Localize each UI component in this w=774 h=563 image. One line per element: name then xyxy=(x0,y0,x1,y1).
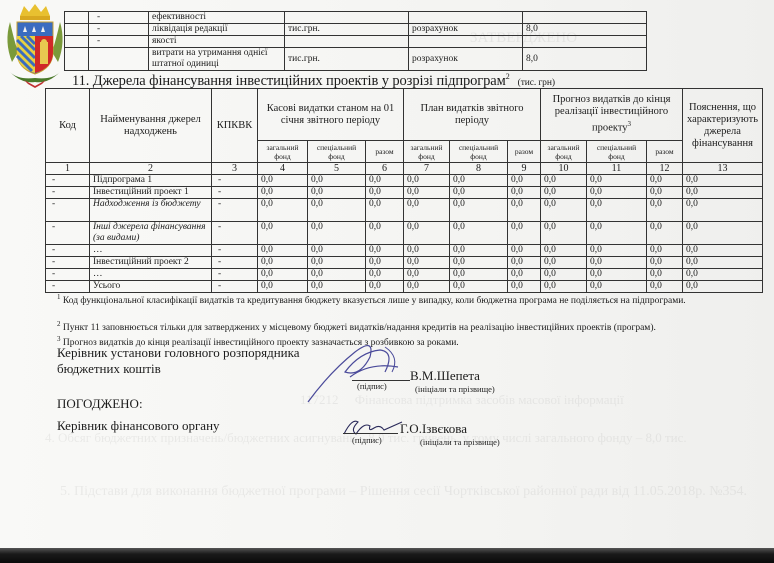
subheader-special: спеціальний фонд xyxy=(450,141,508,163)
footnote-ref: 2 xyxy=(506,72,510,81)
initials-label: (ініціали та прізвище) xyxy=(420,437,500,447)
source-cell xyxy=(409,12,523,24)
code-cell: - xyxy=(46,257,90,269)
empty-cell xyxy=(65,36,89,48)
table-row: -Інвестиційний проект 2-0,00,00,00,00,00… xyxy=(46,257,763,269)
dash-cell: - xyxy=(89,12,149,24)
column-number: 4 xyxy=(258,163,308,175)
amount-cell: 0,0 xyxy=(366,269,404,281)
amount-cell: 0,0 xyxy=(308,175,366,187)
amount-cell: 0,0 xyxy=(647,222,683,245)
section-title-text: 11. Джерела фінансування інвестиційних п… xyxy=(72,73,506,89)
amount-cell: 0,0 xyxy=(450,199,508,222)
code-cell: - xyxy=(46,222,90,245)
header-plan-expenses: План видатків звітного періоду xyxy=(404,89,541,141)
amount-cell: 0,0 xyxy=(541,187,587,199)
column-number: 6 xyxy=(366,163,404,175)
dash-cell: - xyxy=(89,36,149,48)
code-cell: - xyxy=(46,199,90,222)
amount-cell: 0,0 xyxy=(508,269,541,281)
amount-cell: 0,0 xyxy=(508,199,541,222)
footnote-1: 1 Код функціональної класифікації видатк… xyxy=(57,291,722,307)
column-number: 12 xyxy=(647,163,683,175)
empty-cell xyxy=(65,48,89,71)
column-number: 7 xyxy=(404,163,450,175)
subheader-special: спеціальний фонд xyxy=(587,141,647,163)
kpkvk-cell: - xyxy=(212,222,258,245)
header-code: Код xyxy=(46,89,90,163)
document-page: ЗАТВЕРДЖЕНО 117212 Фінансова підтримка з… xyxy=(0,0,774,563)
unit-cell xyxy=(285,36,409,48)
amount-cell: 0,0 xyxy=(450,257,508,269)
footnote-number: 1 xyxy=(57,293,61,301)
dash-cell: - xyxy=(89,24,149,36)
empty-cell xyxy=(65,24,89,36)
amount-cell: 0,0 xyxy=(683,269,763,281)
amount-cell: 0,0 xyxy=(404,245,450,257)
table-row: -Інші джерела фінансування (за видами)-0… xyxy=(46,222,763,245)
source-name-cell: Інвестиційний проект 1 xyxy=(90,187,212,199)
column-number: 10 xyxy=(541,163,587,175)
amount-cell: 0,0 xyxy=(366,187,404,199)
value-cell: 8,0 xyxy=(523,48,647,71)
amount-cell: 0,0 xyxy=(258,222,308,245)
amount-cell: 0,0 xyxy=(541,199,587,222)
amount-cell: 0,0 xyxy=(258,187,308,199)
amount-cell: 0,0 xyxy=(587,245,647,257)
signature-label: (підпис) xyxy=(352,435,382,445)
code-cell: - xyxy=(46,245,90,257)
signature-scribble-icon xyxy=(300,332,410,412)
table-row: -…-0,00,00,00,00,00,00,00,00,00,0 xyxy=(46,269,763,281)
indicator-name-cell: якості xyxy=(149,36,285,48)
kpkvk-cell: - xyxy=(212,199,258,222)
column-number: 11 xyxy=(587,163,647,175)
table-row: -ефективності xyxy=(65,12,647,24)
performance-indicators-table: -ефективності-ліквідація редакціїтис.грн… xyxy=(64,11,647,71)
amount-cell: 0,0 xyxy=(404,175,450,187)
empty-cell xyxy=(65,12,89,24)
subheader-general: загальний фонд xyxy=(541,141,587,163)
column-number: 1 xyxy=(46,163,90,175)
source-name-cell: … xyxy=(90,269,212,281)
footnote-text: Код функціональної класифікації видатків… xyxy=(63,296,686,306)
header-name: Найменування джерел надходжень xyxy=(90,89,212,163)
table-row: -Надходження із бюджету-0,00,00,00,00,00… xyxy=(46,199,763,222)
amount-cell: 0,0 xyxy=(508,187,541,199)
amount-cell: 0,0 xyxy=(258,199,308,222)
amount-cell: 0,0 xyxy=(308,187,366,199)
amount-cell: 0,0 xyxy=(308,257,366,269)
amount-cell: 0,0 xyxy=(647,175,683,187)
amount-cell: 0,0 xyxy=(647,245,683,257)
unit-cell xyxy=(285,12,409,24)
amount-cell: 0,0 xyxy=(647,199,683,222)
table-row: -Інвестиційний проект 1-0,00,00,00,00,00… xyxy=(46,187,763,199)
amount-cell: 0,0 xyxy=(647,257,683,269)
source-cell: розрахунок xyxy=(409,48,523,71)
amount-cell: 0,0 xyxy=(404,257,450,269)
amount-cell: 0,0 xyxy=(258,245,308,257)
column-number: 3 xyxy=(212,163,258,175)
signature-label: (підпис) xyxy=(357,381,387,391)
value-cell xyxy=(523,36,647,48)
dash-cell xyxy=(89,48,149,71)
table-row: -якості xyxy=(65,36,647,48)
amount-cell: 0,0 xyxy=(683,222,763,245)
amount-cell: 0,0 xyxy=(683,187,763,199)
source-cell xyxy=(409,36,523,48)
unit-label: (тис. грн) xyxy=(518,78,555,88)
amount-cell: 0,0 xyxy=(366,257,404,269)
code-cell: - xyxy=(46,175,90,187)
amount-cell: 0,0 xyxy=(450,222,508,245)
amount-cell: 0,0 xyxy=(308,269,366,281)
kpkvk-cell: - xyxy=(212,175,258,187)
amount-cell: 0,0 xyxy=(587,187,647,199)
unit-cell: тис.грн. xyxy=(285,24,409,36)
amount-cell: 0,0 xyxy=(366,245,404,257)
column-number: 2 xyxy=(90,163,212,175)
amount-cell: 0,0 xyxy=(647,269,683,281)
amount-cell: 0,0 xyxy=(508,222,541,245)
head-name: В.М.Шепета xyxy=(410,368,480,383)
indicator-name-cell: витрати на утримання однієї штатної один… xyxy=(149,48,285,71)
investment-sources-table: Код Найменування джерел надходжень КПКВК… xyxy=(45,88,763,293)
column-number: 13 xyxy=(683,163,763,175)
kpkvk-cell: - xyxy=(212,269,258,281)
value-cell: 8,0 xyxy=(523,24,647,36)
footnote-number: 3 xyxy=(57,335,61,343)
indicator-name-cell: ефективності xyxy=(149,12,285,24)
amount-cell: 0,0 xyxy=(366,222,404,245)
indicator-name-cell: ліквідація редакції xyxy=(149,24,285,36)
amount-cell: 0,0 xyxy=(683,257,763,269)
amount-cell: 0,0 xyxy=(308,222,366,245)
header-explanation: Пояснення, що характеризують джерела фін… xyxy=(683,89,763,163)
finance-title: Керівник фінансового органу xyxy=(57,418,220,433)
signature-line xyxy=(343,433,398,434)
source-name-cell: … xyxy=(90,245,212,257)
source-name-cell: Підпрограма 1 xyxy=(90,175,212,187)
subheader-total: разом xyxy=(647,141,683,163)
amount-cell: 0,0 xyxy=(258,175,308,187)
amount-cell: 0,0 xyxy=(587,199,647,222)
amount-cell: 0,0 xyxy=(508,257,541,269)
subheader-total: разом xyxy=(366,141,404,163)
amount-cell: 0,0 xyxy=(683,245,763,257)
table-row: -Підпрограма 1-0,00,00,00,00,00,00,00,00… xyxy=(46,175,763,187)
amount-cell: 0,0 xyxy=(450,187,508,199)
table-row: витрати на утримання однієї штатної один… xyxy=(65,48,647,71)
amount-cell: 0,0 xyxy=(508,245,541,257)
amount-cell: 0,0 xyxy=(541,245,587,257)
column-number: 5 xyxy=(308,163,366,175)
amount-cell: 0,0 xyxy=(541,257,587,269)
amount-cell: 0,0 xyxy=(587,175,647,187)
amount-cell: 0,0 xyxy=(404,199,450,222)
code-cell: - xyxy=(46,269,90,281)
amount-cell: 0,0 xyxy=(647,187,683,199)
header-cash-expenses: Касові видатки станом на 01 січня звітно… xyxy=(258,89,404,141)
header-forecast-expenses: Прогноз видатків до кінця реалізації інв… xyxy=(541,89,683,141)
unit-cell: тис.грн. xyxy=(285,48,409,71)
column-number: 8 xyxy=(450,163,508,175)
footnote-number: 2 xyxy=(57,320,61,328)
source-name-cell: Надходження із бюджету xyxy=(90,199,212,222)
coat-of-arms-icon xyxy=(2,2,68,88)
subheader-special: спеціальний фонд xyxy=(308,141,366,163)
amount-cell: 0,0 xyxy=(587,257,647,269)
scan-edge-bar xyxy=(0,548,774,563)
footnote-ref: 3 xyxy=(628,120,632,128)
table-row: -…-0,00,00,00,00,00,00,00,00,00,0 xyxy=(46,245,763,257)
amount-cell: 0,0 xyxy=(508,175,541,187)
finance-name: Г.О.Ізвєкова xyxy=(400,421,467,436)
bleed-through-text: 5. Підстави для виконання бюджетної прог… xyxy=(60,484,747,500)
amount-cell: 0,0 xyxy=(450,269,508,281)
kpkvk-cell: - xyxy=(212,187,258,199)
amount-cell: 0,0 xyxy=(404,187,450,199)
amount-cell: 0,0 xyxy=(541,269,587,281)
amount-cell: 0,0 xyxy=(541,175,587,187)
amount-cell: 0,0 xyxy=(450,175,508,187)
value-cell xyxy=(523,12,647,24)
source-name-cell: Інші джерела фінансування (за видами) xyxy=(90,222,212,245)
amount-cell: 0,0 xyxy=(366,175,404,187)
kpkvk-cell: - xyxy=(212,245,258,257)
amount-cell: 0,0 xyxy=(683,175,763,187)
amount-cell: 0,0 xyxy=(587,269,647,281)
source-cell: розрахунок xyxy=(409,24,523,36)
header-forecast-text: Прогноз видатків до кінця реалізації інв… xyxy=(553,94,671,134)
amount-cell: 0,0 xyxy=(308,199,366,222)
amount-cell: 0,0 xyxy=(258,269,308,281)
subheader-general: загальний фонд xyxy=(404,141,450,163)
amount-cell: 0,0 xyxy=(404,222,450,245)
table-row: -ліквідація редакціїтис.грн.розрахунок8,… xyxy=(65,24,647,36)
code-cell: - xyxy=(46,187,90,199)
agreed-label: ПОГОДЖЕНО: xyxy=(57,396,143,411)
head-title-line1: Керівник установи головного розпорядника xyxy=(57,345,300,360)
amount-cell: 0,0 xyxy=(587,222,647,245)
kpkvk-cell: - xyxy=(212,257,258,269)
header-kpkvk: КПКВК xyxy=(212,89,258,163)
head-title-line2: бюджетних коштів xyxy=(57,361,161,376)
column-number: 9 xyxy=(508,163,541,175)
amount-cell: 0,0 xyxy=(404,269,450,281)
subheader-total: разом xyxy=(508,141,541,163)
initials-label: (ініціали та прізвище) xyxy=(415,384,495,394)
amount-cell: 0,0 xyxy=(683,199,763,222)
amount-cell: 0,0 xyxy=(308,245,366,257)
amount-cell: 0,0 xyxy=(258,257,308,269)
subheader-general: загальний фонд xyxy=(258,141,308,163)
amount-cell: 0,0 xyxy=(366,199,404,222)
amount-cell: 0,0 xyxy=(541,222,587,245)
amount-cell: 0,0 xyxy=(450,245,508,257)
source-name-cell: Інвестиційний проект 2 xyxy=(90,257,212,269)
